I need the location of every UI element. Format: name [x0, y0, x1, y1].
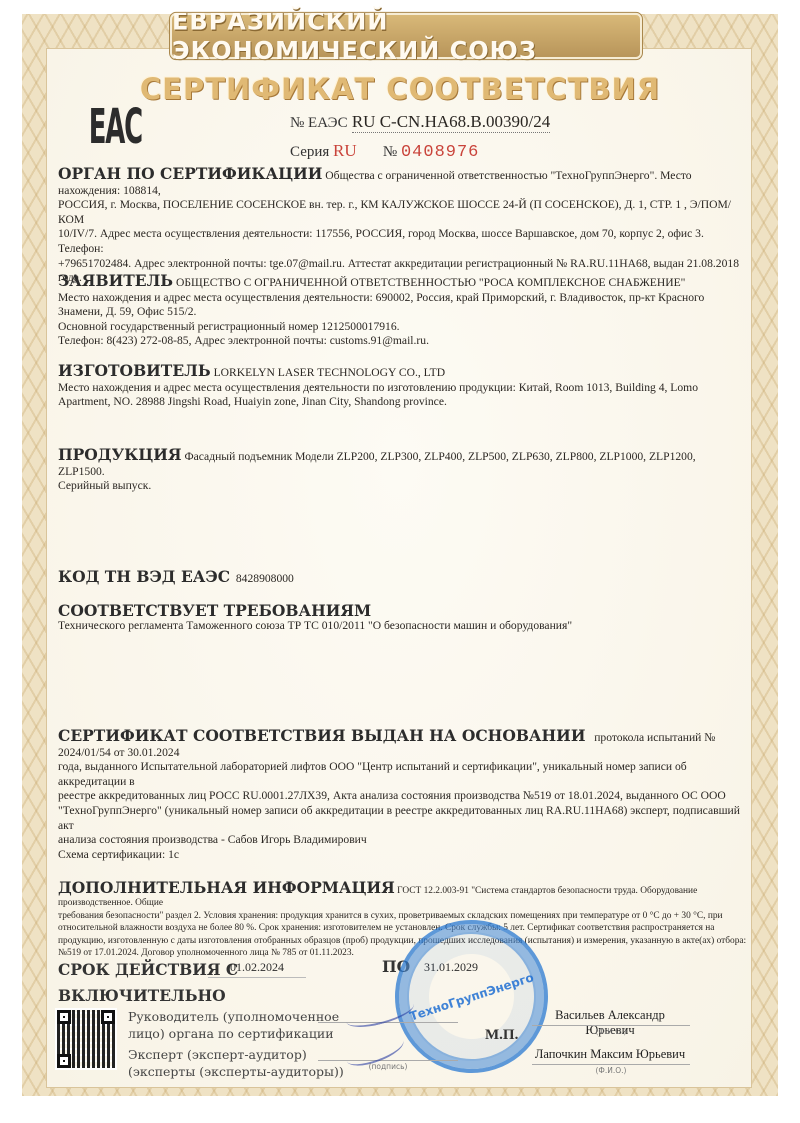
- series-label: Серия: [290, 144, 329, 160]
- reg-label: № ЕАЭС: [290, 115, 348, 131]
- series-number: Серия RU № 0408976: [290, 141, 479, 162]
- section-heading: ОРГАН ПО СЕРТИФИКАЦИИ: [58, 164, 322, 183]
- registration-number: № ЕАЭС RU C-CN.НА68.В.00390/24: [290, 112, 550, 132]
- additional-info-section: ДОПОЛНИТЕЛЬНАЯ ИНФОРМАЦИЯ ГОСТ 12.2.003-…: [58, 882, 748, 959]
- section-heading: СЕРТИФИКАТ СООТВЕТСТВИЯ ВЫДАН НА ОСНОВАН…: [58, 726, 585, 745]
- eac-logo-icon: ЕАС: [60, 92, 170, 162]
- qr-code-icon[interactable]: [55, 1008, 117, 1070]
- section-heading: ДОПОЛНИТЕЛЬНАЯ ИНФОРМАЦИЯ: [58, 878, 395, 897]
- hs-code-value: 8428908000: [236, 572, 294, 585]
- head-role-label: Руководитель (уполномоченное лицо) орган…: [128, 1008, 339, 1042]
- section-heading: СООТВЕТСТВУЕТ ТРЕБОВАНИЯМ: [58, 604, 748, 619]
- number-label: №: [383, 144, 397, 160]
- signature-caption: (подпись): [318, 1062, 458, 1071]
- head-name-line: [532, 1025, 690, 1026]
- name-caption: (Ф.И.О.): [532, 1066, 690, 1075]
- valid-from-date: 01.02.2024: [208, 960, 306, 978]
- expert-role-label: Эксперт (эксперт-аудитор) (эксперты (экс…: [128, 1046, 344, 1080]
- section-heading: ИЗГОТОВИТЕЛЬ: [58, 361, 211, 380]
- applicant-section: ЗАЯВИТЕЛЬ ОБЩЕСТВО С ОГРАНИЧЕННОЙ ОТВЕТС…: [58, 274, 748, 349]
- conformity-section: СООТВЕТСТВУЕТ ТРЕБОВАНИЯМ Технического р…: [58, 604, 748, 633]
- reg-value: RU C-CN.НА68.В.00390/24: [352, 112, 550, 133]
- section-heading: КОД ТН ВЭД ЕАЭС: [58, 567, 230, 586]
- number-value: 0408976: [401, 143, 479, 162]
- expert-name-line: [532, 1064, 690, 1065]
- basis-section: СЕРТИФИКАТ СООТВЕТСТВИЯ ВЫДАН НА ОСНОВАН…: [58, 729, 748, 862]
- name-caption: (Ф.И.О.): [532, 1027, 690, 1036]
- conformity-text: Технического регламента Таможенного союз…: [58, 619, 748, 634]
- manufacturer-name: LORKELYN LASER TECHNOLOGY CO., LTD: [214, 366, 446, 379]
- applicant-name: ОБЩЕСТВО С ОГРАНИЧЕННОЙ ОТВЕТСТВЕННОСТЬЮ…: [176, 276, 685, 289]
- section-heading: ПРОДУКЦИЯ: [58, 445, 182, 464]
- product-section: ПРОДУКЦИЯ Фасадный подъемник Модели ZLP2…: [58, 448, 748, 494]
- product-description: Фасадный подъемник Модели ZLP200, ZLP300…: [184, 450, 695, 463]
- union-banner: ЕВРАЗИЙСКИЙ ЭКОНОМИЧЕСКИЙ СОЮЗ: [170, 13, 642, 59]
- expert-name: Лапочкин Максим Юрьевич: [530, 1047, 690, 1062]
- head-signature-line: [318, 1022, 458, 1023]
- series-value: RU: [333, 141, 357, 160]
- section-heading: ЗАЯВИТЕЛЬ: [58, 271, 173, 290]
- seal-label: М.П.: [485, 1027, 518, 1044]
- certification-body-section: ОРГАН ПО СЕРТИФИКАЦИИ Общества с огранич…: [58, 167, 748, 286]
- hs-code-section: КОД ТН ВЭД ЕАЭС 8428908000: [58, 570, 748, 587]
- expert-signature-line: [318, 1060, 458, 1061]
- manufacturer-section: ИЗГОТОВИТЕЛЬ LORKELYN LASER TECHNOLOGY C…: [58, 364, 748, 410]
